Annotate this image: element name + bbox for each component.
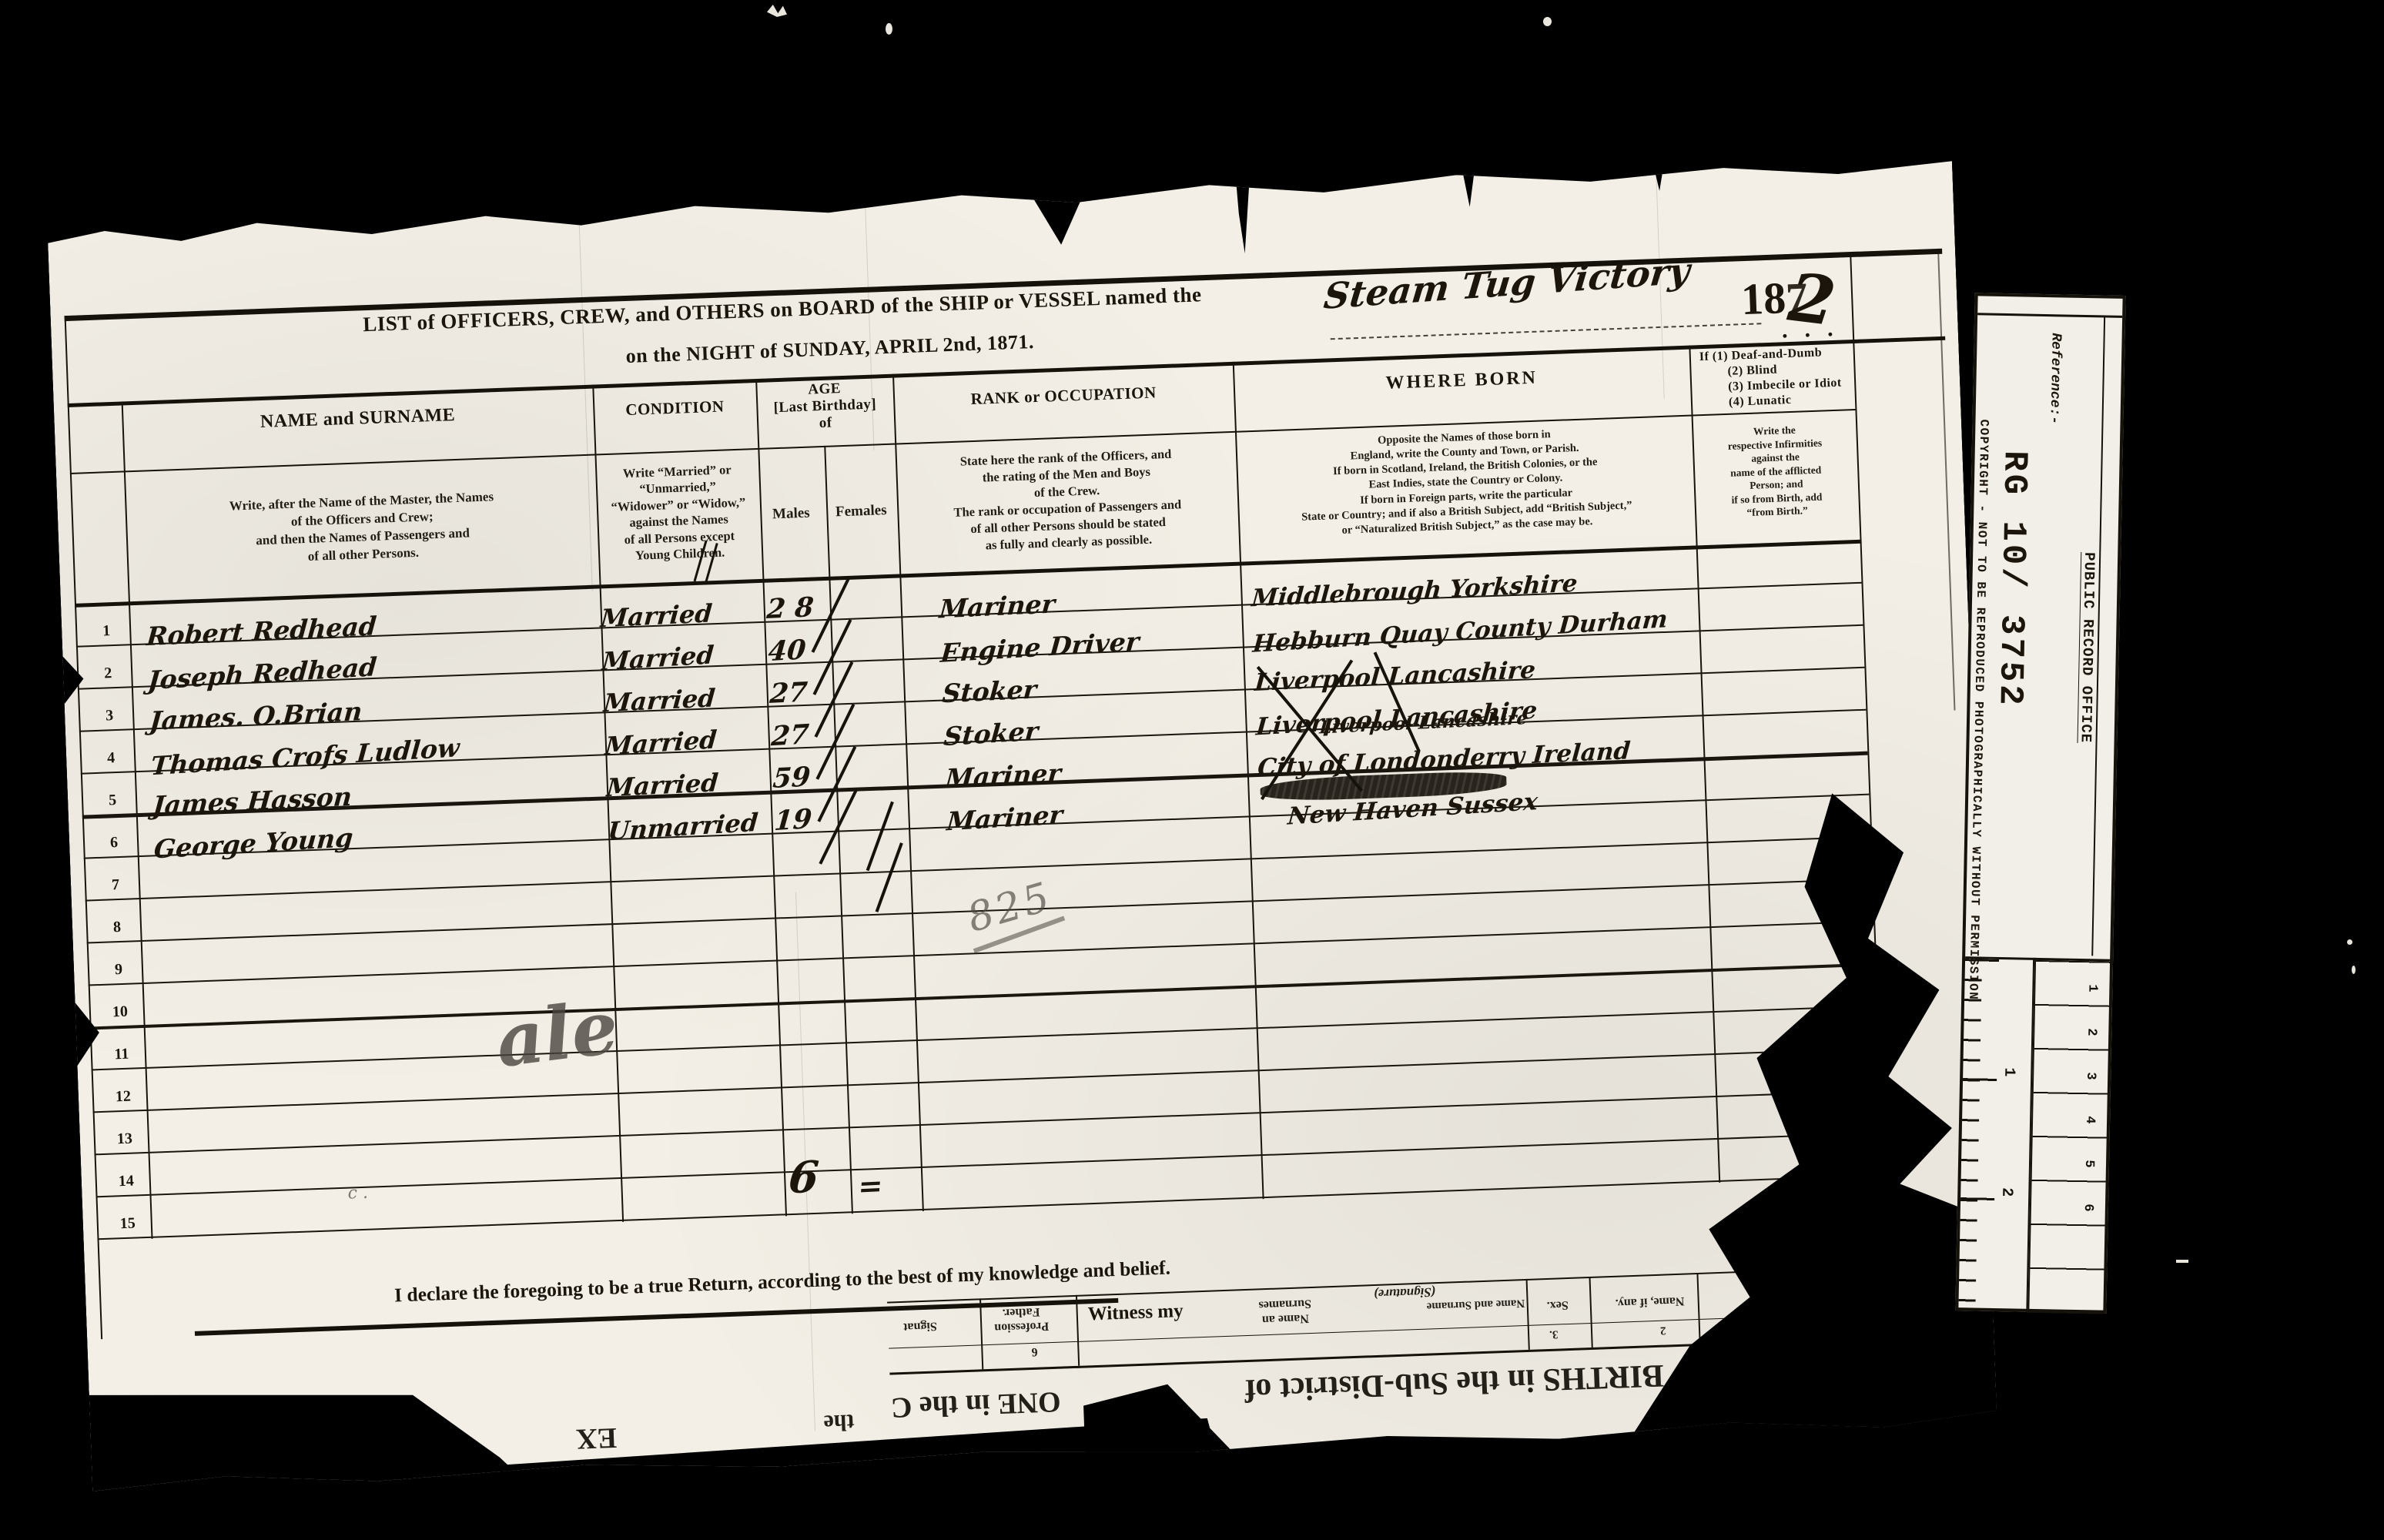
reverse-the: the [823,1408,855,1436]
scan-speck [1543,17,1552,26]
ship-name-handwritten: Steam Tug Victory [1322,249,1693,317]
row-number: 1 [82,621,132,641]
row-number: 3 [85,706,135,725]
crew-list-page: LIST of OFFICERS, CREW, and OTHERS on BO… [47,157,1997,1491]
reverse-columns-label: Columns:— [1904,1311,1964,1327]
column-header-age: AGE [Last Birthday] of [750,378,899,434]
ship-name-rule [1331,323,1762,340]
total-females: = [857,1168,884,1204]
column-desc-rank: State here the rank of the Officers, and… [897,444,1237,557]
reverse-column-line [1589,1277,1592,1347]
ruler-cm-label: 6 [2081,1204,2095,1212]
reverse-column-line [1696,1273,1700,1344]
column-header-name: NAME and SURNAME [122,400,594,438]
scanned-document-view: LIST of OFFICERS, CREW, and OTHERS on BO… [0,0,2384,1540]
reverse-header-name-surname: Name and Surname [1426,1296,1525,1314]
card-ruler-cm: 1 2 3 4 5 6 [2027,958,2111,1314]
column-header-born: WHERE BORN [1233,363,1690,400]
reverse-header-name-if-any: Name, if any. [1615,1294,1684,1311]
row-number: 6 [89,833,139,852]
scan-speck [2352,966,2356,974]
scan-speck [767,5,787,17]
row-number: 13 [99,1130,149,1149]
row-number: 2 [83,664,133,683]
row-number: 9 [94,960,144,979]
column-desc-name: Write, after the Name of the Master, the… [130,485,594,572]
reverse-column-line [1076,1295,1080,1366]
card-reference-label: Reference:- [2046,333,2063,424]
column-label-males: Males [757,504,825,524]
row-number: 10 [95,1003,146,1022]
ruler-cm-label: 4 [2082,1116,2097,1124]
reverse-header-sex: Sex. [1546,1297,1569,1313]
scan-speck [2176,1260,2188,1263]
column-desc-condition: Write “Married” or “Unmarried,” “Widower… [597,460,760,565]
year-stamp-prefix: 18 [1740,273,1786,324]
witness-text: Witness my [1087,1301,1184,1325]
pencil-mark-small: c . [347,1183,368,1204]
ruler-cm-label: 3 [2083,1072,2098,1080]
ruler-inch-label: 2 [1997,1187,2015,1197]
ruler-cm-label: 5 [2081,1160,2096,1168]
column-label-females: Females [825,502,898,521]
row-number: 8 [92,918,142,937]
reverse-header-name-surnames: Name an Surnames [1258,1296,1312,1327]
column-desc-infirmities: Write the respective Infirmities against… [1694,421,1857,521]
pencil-mark-large: ale [491,985,623,1085]
reverse-year: 191 [1853,1351,1913,1394]
total-males: 6 [787,1151,821,1204]
scan-speck [2347,939,2352,945]
reverse-rule [889,1308,1993,1348]
reverse-header-signat: Signat [903,1318,937,1334]
column-line [1937,249,1955,711]
ruler-cm-label: 1 [2084,984,2099,993]
row-number: 15 [102,1214,152,1234]
ruler-inch-label: 1 [2000,1067,2017,1076]
reverse-column-line [979,1298,983,1369]
scan-speck [886,23,892,35]
reverse-births-title: BIRTHS in the Sub-District of [1244,1356,1665,1410]
card-reference-number: RG 10/ 3752 [1990,450,2033,708]
row-number: 4 [86,748,136,768]
reverse-col3: 3. [1549,1327,1559,1341]
reverse-header-profession: Profession Father. [993,1304,1049,1335]
card-office-label: PUBLIC RECORD OFFICE [2078,552,2098,743]
page-title-line2: on the NIGHT of SUNDAY, APRIL 2nd, 1871. [484,325,1177,373]
row-number: 11 [97,1045,147,1064]
reverse-column-line [1881,1266,1885,1337]
card-ruler-inches: 1 2 [1958,956,2034,1313]
reverse-one-in: ONE in the C [890,1384,1061,1424]
reference-card: Reference:- PUBLIC RECORD OFFICE RG 10/ … [1955,293,2125,1314]
column-header-condition: CONDITION [593,396,757,421]
reverse-col6: 6 [1031,1344,1038,1359]
ruler-ticks [1958,959,1999,1312]
row-number: 12 [99,1087,149,1106]
row-number: 7 [91,875,141,895]
row-number: 5 [88,791,138,810]
reverse-column-line [1526,1279,1530,1350]
column-desc-born: Opposite the Names of those born in Engl… [1237,423,1693,542]
row-number: 14 [101,1172,151,1191]
card-frame-line [1977,313,2122,318]
column-header-infirmities: If (1) Deaf-and-Dumb (2) Blind (3) Imbec… [1699,344,1856,411]
column-header-rank: RANK or OCCUPATION [893,380,1234,412]
reverse-ex: EX [575,1419,617,1455]
ruler-cm-label: 2 [2084,1028,2098,1036]
crew-table: 1 Robert Redhead Married 2 8 Mariner Mid… [47,157,1951,226]
reverse-header-when-where: When and Where Born. [1765,1279,1830,1309]
reverse-col2: 2 [1660,1324,1666,1337]
reverse-col1: 1 [1819,1317,1825,1331]
